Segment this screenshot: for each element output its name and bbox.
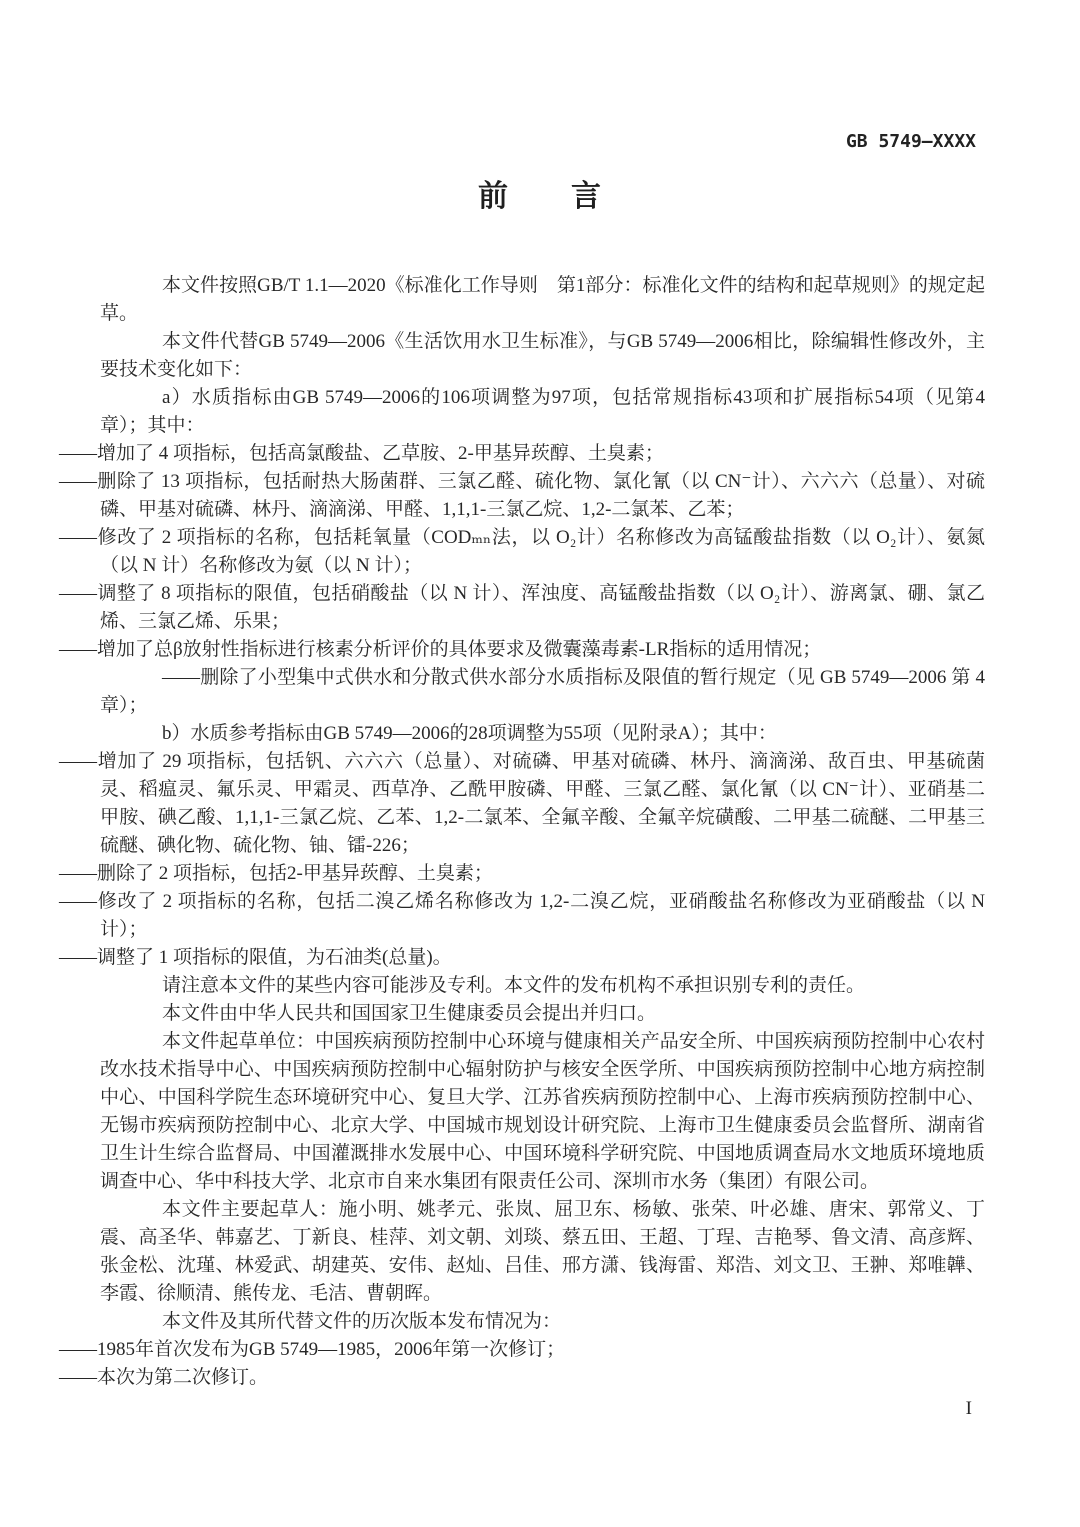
item-b-limit-adjusted: ——调整了 1 项指标的限值，为石油类(总量)。 [100, 944, 985, 972]
item-b-renamed: ——修改了 2 项指标的名称，包括二溴乙烯名称修改为 1,2-二溴乙烷，亚硝酸盐… [100, 888, 985, 944]
item-a-removed: ——删除了 13 项指标，包括耐热大肠菌群、三氯乙醛、硫化物、氯化氰（以 CN⁻… [100, 468, 985, 524]
item-a-added: ——增加了 4 项指标，包括高氯酸盐、乙草胺、2-甲基异莰醇、土臭素； [100, 440, 985, 468]
para-drafting-rules: 本文件按照GB/T 1.1—2020《标准化工作导则 第1部分：标准化文件的结构… [100, 272, 985, 328]
item-a-renamed: ——修改了 2 项指标的名称，包括耗氧量（CODₘₙ法，以 O₂计）名称修改为高… [100, 524, 985, 580]
para-patent-notice: 请注意本文件的某些内容可能涉及专利。本文件的发布机构不承担识别专利的责任。 [100, 972, 985, 1000]
page-title: 前 言 [0, 180, 1080, 214]
item-b-intro: b）水质参考指标由GB 5749—2006的28项调整为55项（见附录A）；其中… [100, 720, 985, 748]
foreword-body: 本文件按照GB/T 1.1—2020《标准化工作导则 第1部分：标准化文件的结构… [100, 272, 985, 1392]
page-number: I [966, 1398, 972, 1420]
item-b-removed: ——删除了 2 项指标，包括2-甲基异莰醇、土臭素； [100, 860, 985, 888]
para-main-drafters: 本文件主要起草人：施小明、姚孝元、张岚、屈卫东、杨敏、张荣、叶必雄、唐宋、郭常义… [100, 1196, 985, 1308]
item-history-first-issue: ——1985年首次发布为GB 5749—1985，2006年第一次修订； [100, 1336, 985, 1364]
item-b-added: ——增加了 29 项指标，包括钒、六六六（总量）、对硫磷、甲基对硫磷、林丹、滴滴… [100, 748, 985, 860]
para-version-history: 本文件及其所代替文件的历次版本发布情况为： [100, 1308, 985, 1336]
para-drafting-organizations: 本文件起草单位：中国疾病预防控制中心环境与健康相关产品安全所、中国疾病预防控制中… [100, 1028, 985, 1196]
para-replaces: 本文件代替GB 5749—2006《生活饮用水卫生标准》，与GB 5749—20… [100, 328, 985, 384]
item-history-current-revision: ——本次为第二次修订。 [100, 1364, 985, 1392]
standard-number-header: GB 5749—XXXX [846, 131, 976, 152]
item-a-limits-adjusted: ——调整了 8 项指标的限值，包括硝酸盐（以 N 计）、浑浊度、高锰酸盐指数（以… [100, 580, 985, 636]
para-issuing-body: 本文件由中华人民共和国国家卫生健康委员会提出并归口。 [100, 1000, 985, 1028]
document-page: GB 5749—XXXX 前 言 本文件按照GB/T 1.1—2020《标准化工… [0, 0, 1080, 1527]
item-a-intro: a）水质指标由GB 5749—2006的106项调整为97项，包括常规指标43项… [100, 384, 985, 440]
item-a-small-supply-removed: ——删除了小型集中式供水和分散式供水部分水质指标及限值的暂行规定（见 GB 57… [100, 664, 985, 720]
item-a-radioactivity: ——增加了总β放射性指标进行核素分析评价的具体要求及微囊藻毒素-LR指标的适用情… [100, 636, 985, 664]
